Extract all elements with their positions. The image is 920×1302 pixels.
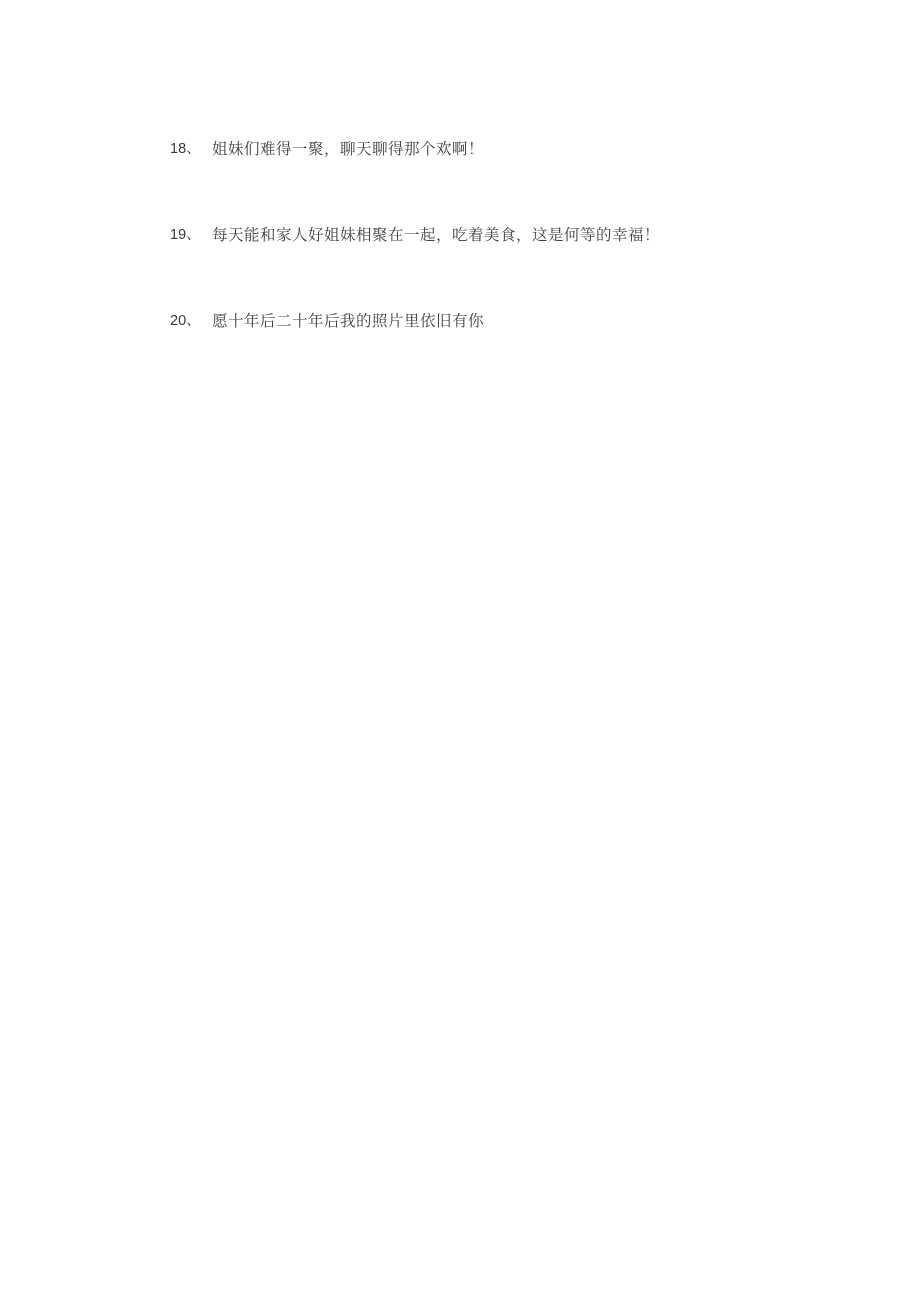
item-text: 每天能和家人好姐妹相聚在一起，吃着美食，这是何等的幸福！ [212, 225, 860, 246]
list-item: 20、 愿十年后二十年后我的照片里依旧有你 [170, 311, 860, 332]
list-item: 19、 每天能和家人好姐妹相聚在一起，吃着美食，这是何等的幸福！ [170, 225, 860, 246]
list-item: 18、 姐妹们难得一聚，聊天聊得那个欢啊！ [170, 139, 860, 160]
document-page: 18、 姐妹们难得一聚，聊天聊得那个欢啊！ 19、 每天能和家人好姐妹相聚在一起… [0, 0, 920, 1302]
item-number: 20、 [170, 311, 212, 332]
item-text: 愿十年后二十年后我的照片里依旧有你 [212, 311, 860, 332]
item-text: 姐妹们难得一聚，聊天聊得那个欢啊！ [212, 139, 860, 160]
item-number: 19、 [170, 225, 212, 246]
item-number: 18、 [170, 139, 212, 160]
